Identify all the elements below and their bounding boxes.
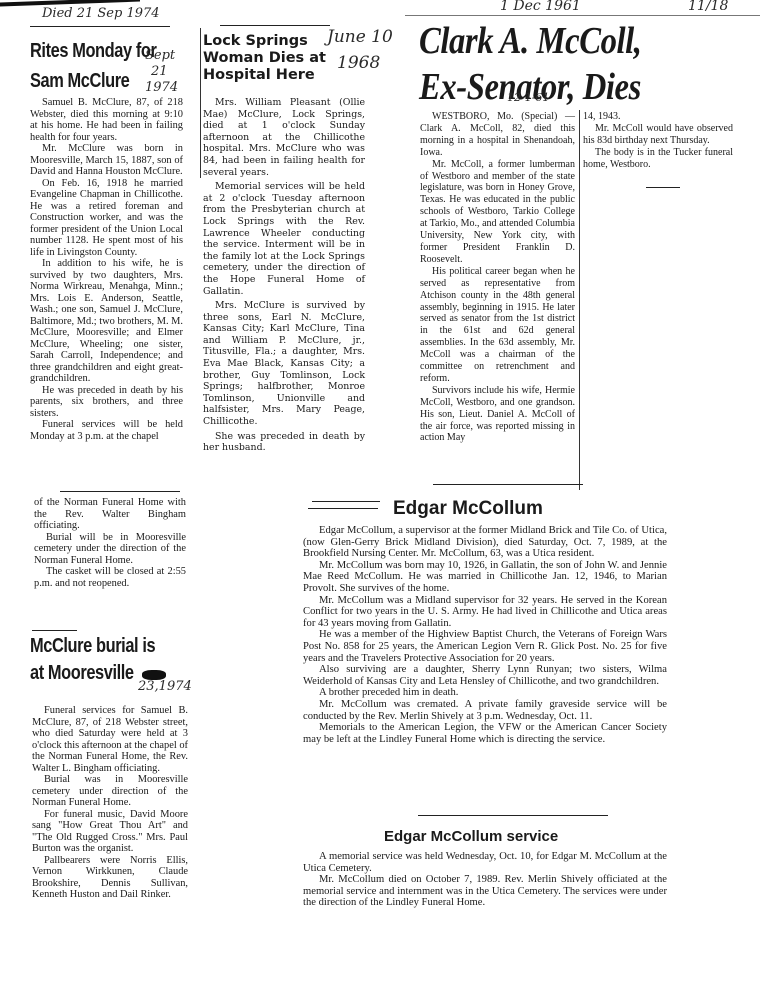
article-body: Samuel B. McClure, 87, of 218 Webster, d… xyxy=(30,97,183,442)
handwritten-date-top: 1 Dec 1961 xyxy=(500,0,581,14)
divider-rule xyxy=(308,508,378,509)
headline-line-1: McClure burial is xyxy=(30,633,155,660)
divider-rule xyxy=(32,630,77,631)
handwritten-date: 12-1-61 xyxy=(507,91,549,104)
article-column-1: WESTBORO, Mo. (Special) — Clark A. McCol… xyxy=(420,111,575,444)
divider-rule xyxy=(433,484,583,485)
headline-line-1: Clark A. McColl, xyxy=(419,18,642,64)
headline: McClure burial is at Mooresville xyxy=(30,633,155,687)
clipping-edgar-mccollum: Edgar McCollum Edgar McCollum, a supervi… xyxy=(300,495,760,820)
handwritten-corner-mark: 11/18 xyxy=(688,0,728,14)
handwritten-date: Sept 21 1974 xyxy=(145,48,178,96)
clipping-burial-mooresville: McClure burial is at Mooresville 23,1974… xyxy=(0,625,200,985)
clipping-rites-monday: Died 21 Sep 1974 Rites Monday for Sam Mc… xyxy=(0,0,200,600)
headline-line-2: at Mooresville xyxy=(30,660,155,687)
divider-rule xyxy=(646,187,680,188)
divider-rule xyxy=(60,491,180,492)
headline-line-2: Sam McClure xyxy=(30,66,156,96)
column-rule xyxy=(200,28,201,178)
handwritten-date: 23,1974 xyxy=(138,679,192,694)
article-body: A memorial service was held Wednesday, O… xyxy=(303,851,667,909)
article-column-2: 14, 1943. Mr. McColl would have observed… xyxy=(583,111,733,171)
handwritten-note: Died 21 Sep 1974 xyxy=(42,6,160,21)
column-rule xyxy=(579,110,580,490)
article-body: Funeral services for Samuel B. McClure, … xyxy=(32,705,188,901)
divider-rule xyxy=(418,815,608,816)
headline: Edgar McCollum service xyxy=(384,828,558,845)
clipping-lock-springs: Lock Springs Woman Dies at Hospital Here… xyxy=(195,0,410,500)
article-body: Mrs. William Pleasant (Ollie Mae) McClur… xyxy=(203,97,365,454)
article-continuation: of the Norman Funeral Home with the Rev.… xyxy=(34,497,186,589)
handwritten-date: June 10 1968 xyxy=(327,24,393,76)
headline: Lock Springs Woman Dies at Hospital Here xyxy=(203,33,326,84)
divider-rule xyxy=(405,15,760,16)
headline: Edgar McCollum xyxy=(393,498,543,520)
divider-rule xyxy=(220,25,330,26)
clipping-clark-mccoll: 1 Dec 1961 11/18 Clark A. McColl, Ex-Sen… xyxy=(405,0,760,500)
divider-rule xyxy=(30,26,170,27)
headline: Rites Monday for Sam McClure xyxy=(30,36,156,96)
article-body: Edgar McCollum, a supervisor at the form… xyxy=(303,525,667,745)
clipping-edgar-mccollum-service: Edgar McCollum service A memorial servic… xyxy=(300,825,760,945)
headline-line-1: Rites Monday for xyxy=(30,36,156,66)
